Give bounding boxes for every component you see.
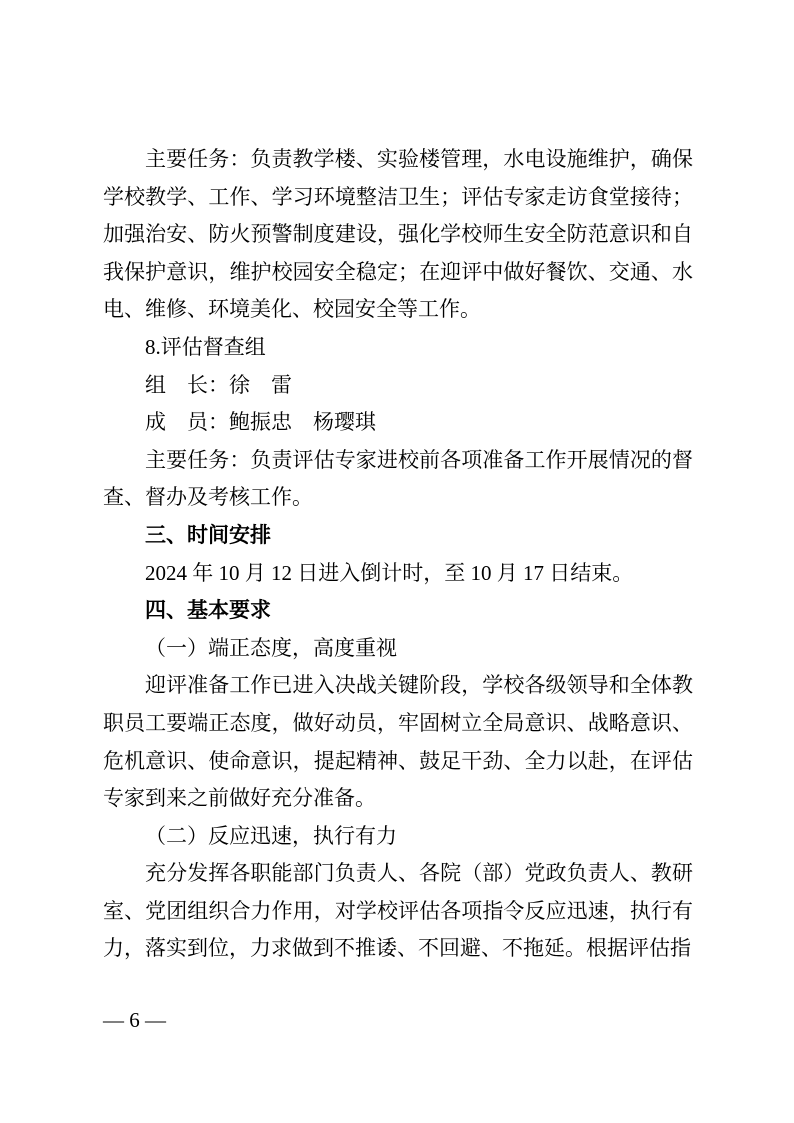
page-number-footer: — 6 —: [103, 1006, 166, 1034]
subheading-requirement-1: （一）端正态度，高度重视: [103, 630, 693, 668]
paragraph-schedule-dates: 2024 年 10 月 12 日进入倒计时，至 10 月 17 日结束。: [103, 555, 693, 593]
document-body: 主要任务：负责教学楼、实验楼管理，水电设施维护，确保学校教学、工作、学习环境整洁…: [103, 141, 693, 968]
line-group-members: 成 员：鲍振忠 杨璎琪: [103, 404, 693, 442]
paragraph-safety-group-tasks: 主要任务：负责教学楼、实验楼管理，水电设施维护，确保学校教学、工作、学习环境整洁…: [103, 141, 693, 329]
paragraph-requirement-2: 充分发挥各职能部门负责人、各院（部）党政负责人、教研室、党团组织合力作用，对学校…: [103, 855, 693, 968]
document-page: 主要任务：负责教学楼、实验楼管理，水电设施维护，确保学校教学、工作、学习环境整洁…: [0, 0, 794, 1123]
subheading-requirement-2: （二）反应迅速，执行有力: [103, 818, 693, 856]
paragraph-supervision-tasks: 主要任务：负责评估专家进校前各项准备工作开展情况的督查、督办及考核工作。: [103, 442, 693, 517]
line-group-8-title: 8.评估督查组: [103, 329, 693, 367]
heading-section-4-requirements: 四、基本要求: [103, 592, 693, 630]
heading-section-3-schedule: 三、时间安排: [103, 517, 693, 555]
line-group-leader: 组 长：徐 雷: [103, 367, 693, 405]
paragraph-requirement-1: 迎评准备工作已进入决战关键阶段，学校各级领导和全体教职员工要端正态度，做好动员，…: [103, 667, 693, 817]
